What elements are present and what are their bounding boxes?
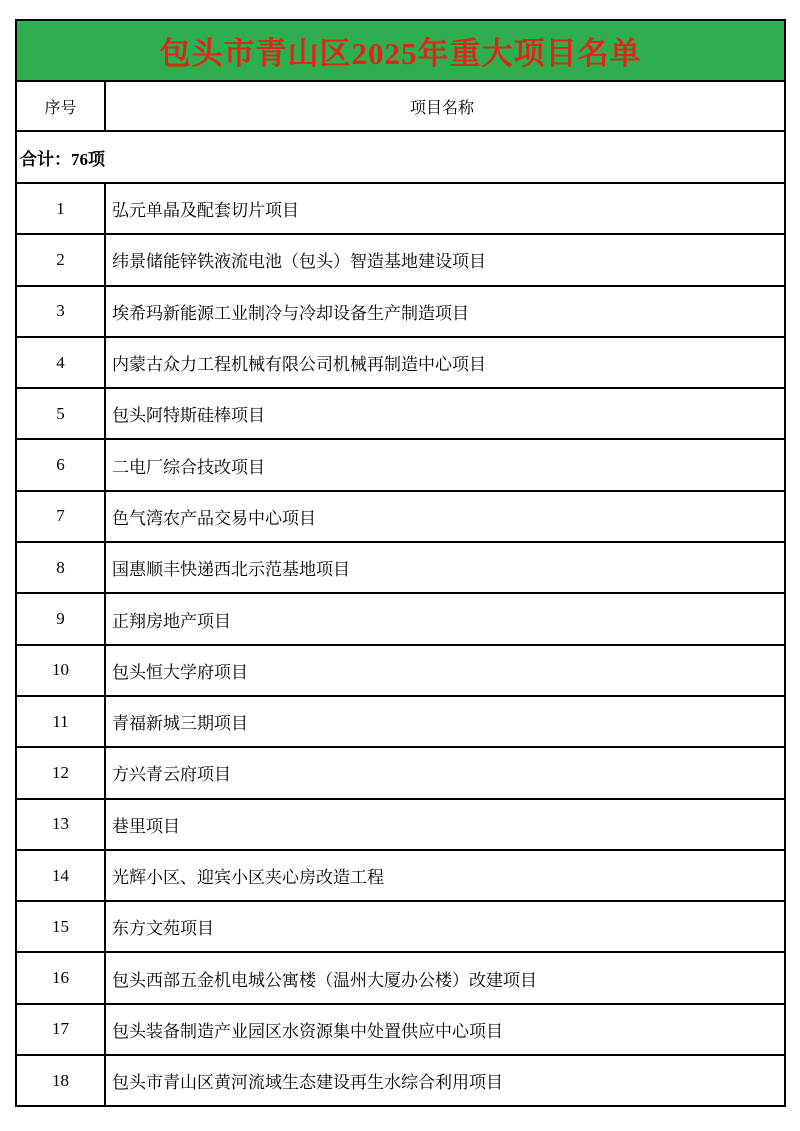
table-row: 9 正翔房地产项目: [17, 592, 784, 643]
table-row: 2 纬景储能锌铁液流电池（包头）智造基地建设项目: [17, 233, 784, 284]
row-project-name: 内蒙古众力工程机械有限公司机械再制造中心项目: [106, 338, 784, 387]
row-index: 12: [17, 748, 106, 797]
table-row: 11 青福新城三期项目: [17, 695, 784, 746]
row-index: 18: [17, 1056, 106, 1105]
row-project-name: 弘元单晶及配套切片项目: [106, 184, 784, 233]
row-project-name: 包头市青山区黄河流域生态建设再生水综合利用项目: [106, 1056, 784, 1105]
row-project-name: 正翔房地产项目: [106, 594, 784, 643]
table-row: 17 包头装备制造产业园区水资源集中处置供应中心项目: [17, 1003, 784, 1054]
row-project-name: 包头装备制造产业园区水资源集中处置供应中心项目: [106, 1005, 784, 1054]
row-index: 14: [17, 851, 106, 900]
row-project-name: 二电厂综合技改项目: [106, 440, 784, 489]
row-index: 10: [17, 646, 106, 695]
row-index: 7: [17, 492, 106, 541]
table-title: 包头市青山区2025年重大项目名单: [17, 21, 784, 80]
table-row: 12 方兴青云府项目: [17, 746, 784, 797]
row-index: 2: [17, 235, 106, 284]
row-index: 13: [17, 800, 106, 849]
row-index: 11: [17, 697, 106, 746]
row-index: 8: [17, 543, 106, 592]
row-index: 1: [17, 184, 106, 233]
table-row: 18 包头市青山区黄河流域生态建设再生水综合利用项目: [17, 1054, 784, 1105]
row-project-name: 纬景储能锌铁液流电池（包头）智造基地建设项目: [106, 235, 784, 284]
table-row: 6 二电厂综合技改项目: [17, 438, 784, 489]
header-index-column: 序号: [17, 82, 106, 130]
row-project-name: 东方文苑项目: [106, 902, 784, 951]
row-project-name: 青福新城三期项目: [106, 697, 784, 746]
table-body: 1 弘元单晶及配套切片项目 2 纬景储能锌铁液流电池（包头）智造基地建设项目 3…: [17, 182, 784, 1105]
row-index: 6: [17, 440, 106, 489]
table-row: 10 包头恒大学府项目: [17, 644, 784, 695]
project-table: 包头市青山区2025年重大项目名单 序号 项目名称 合计：76项 1 弘元单晶及…: [15, 19, 786, 1107]
document-page: 包头市青山区2025年重大项目名单 序号 项目名称 合计：76项 1 弘元单晶及…: [0, 0, 800, 1131]
row-project-name: 国惠顺丰快递西北示范基地项目: [106, 543, 784, 592]
row-project-name: 巷里项目: [106, 800, 784, 849]
row-index: 5: [17, 389, 106, 438]
row-project-name: 包头阿特斯硅棒项目: [106, 389, 784, 438]
table-row: 16 包头西部五金机电城公寓楼（温州大厦办公楼）改建项目: [17, 951, 784, 1002]
header-name-column: 项目名称: [106, 82, 784, 130]
table-row: 3 埃希玛新能源工业制冷与冷却设备生产制造项目: [17, 285, 784, 336]
row-index: 16: [17, 953, 106, 1002]
row-index: 9: [17, 594, 106, 643]
row-project-name: 光辉小区、迎宾小区夹心房改造工程: [106, 851, 784, 900]
row-project-name: 包头西部五金机电城公寓楼（温州大厦办公楼）改建项目: [106, 953, 784, 1002]
row-project-name: 方兴青云府项目: [106, 748, 784, 797]
row-index: 15: [17, 902, 106, 951]
table-row: 8 国惠顺丰快递西北示范基地项目: [17, 541, 784, 592]
table-row: 13 巷里项目: [17, 798, 784, 849]
row-project-name: 包头恒大学府项目: [106, 646, 784, 695]
summary-row: 合计：76项: [17, 130, 784, 182]
table-row: 14 光辉小区、迎宾小区夹心房改造工程: [17, 849, 784, 900]
table-row: 4 内蒙古众力工程机械有限公司机械再制造中心项目: [17, 336, 784, 387]
table-row: 7 色气湾农产品交易中心项目: [17, 490, 784, 541]
table-row: 1 弘元单晶及配套切片项目: [17, 182, 784, 233]
row-index: 3: [17, 287, 106, 336]
row-project-name: 埃希玛新能源工业制冷与冷却设备生产制造项目: [106, 287, 784, 336]
table-row: 5 包头阿特斯硅棒项目: [17, 387, 784, 438]
row-index: 17: [17, 1005, 106, 1054]
row-project-name: 色气湾农产品交易中心项目: [106, 492, 784, 541]
row-index: 4: [17, 338, 106, 387]
table-header: 序号 项目名称: [17, 80, 784, 130]
table-row: 15 东方文苑项目: [17, 900, 784, 951]
